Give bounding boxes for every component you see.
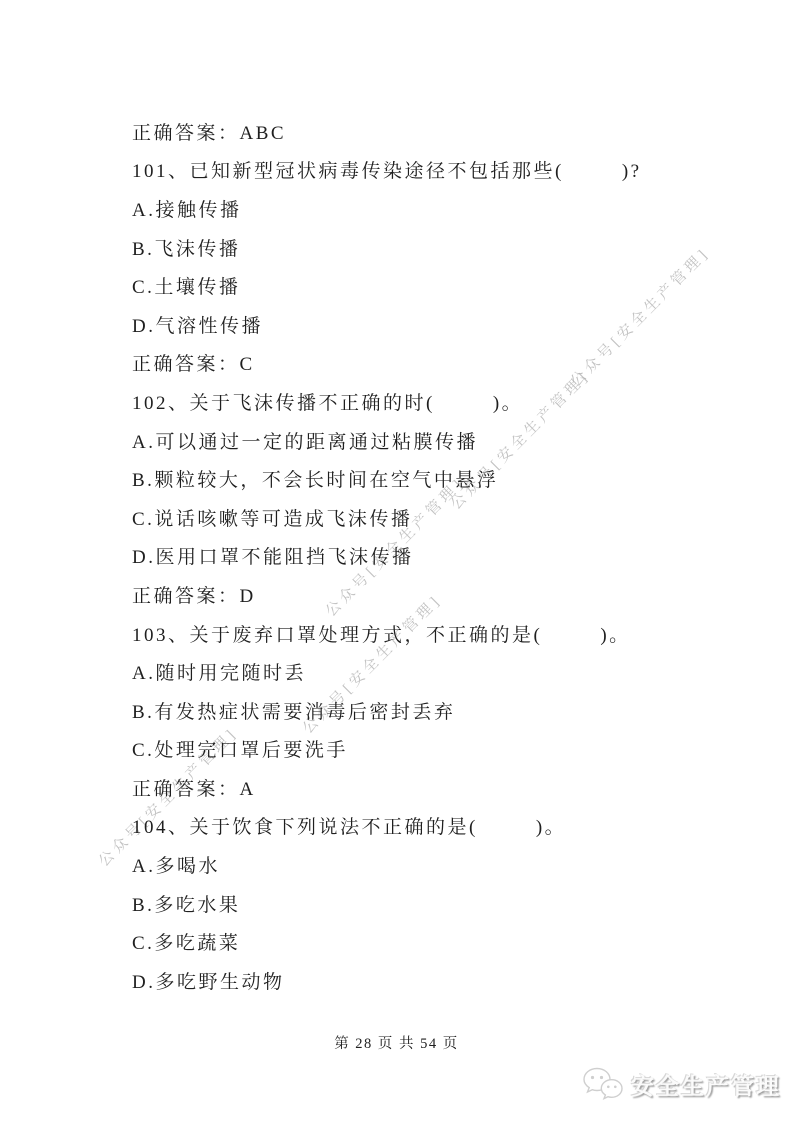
wechat-icon	[582, 1066, 624, 1102]
answer-line: 正确答案：ABC	[132, 112, 692, 151]
option-line: A.可以通过一定的距离通过粘膜传播	[132, 421, 692, 460]
question-stem: 103、关于废弃口罩处理方式，不正确的是( )。	[132, 614, 692, 653]
question-stem: 104、关于饮食下列说法不正确的是( )。	[132, 807, 692, 846]
option-line: A.多喝水	[132, 845, 692, 884]
document-page: 公众号[安全生产管理] 公众号[安全生产管理] 公众号[安全生产管理] 公众号[…	[0, 0, 793, 1122]
answer-line: 正确答案：C	[132, 344, 692, 383]
question-stem: 101、已知新型冠状病毒传染途径不包括那些( )?	[132, 151, 692, 190]
option-line: A.随时用完随时丢	[132, 652, 692, 691]
brand-logo: 安全生产管理	[582, 1066, 781, 1102]
question-list: 正确答案：ABC101、已知新型冠状病毒传染途径不包括那些( )?A.接触传播B…	[132, 112, 692, 1000]
brand-name: 安全生产管理	[631, 1068, 781, 1101]
page-footer: 第 28 页 共 54 页	[0, 1032, 793, 1053]
option-line: A.接触传播	[132, 189, 692, 228]
option-line: C.说话咳嗽等可造成飞沫传播	[132, 498, 692, 537]
option-line: B.飞沫传播	[132, 228, 692, 267]
answer-line: 正确答案：D	[132, 575, 692, 614]
option-line: C.多吃蔬菜	[132, 922, 692, 961]
option-line: B.颗粒较大，不会长时间在空气中悬浮	[132, 459, 692, 498]
answer-line: 正确答案：A	[132, 768, 692, 807]
option-line: D.气溶性传播	[132, 305, 692, 344]
option-line: D.医用口罩不能阻挡飞沫传播	[132, 537, 692, 576]
question-stem: 102、关于飞沫传播不正确的时( )。	[132, 382, 692, 421]
option-line: C.处理完口罩后要洗手	[132, 730, 692, 769]
option-line: C.土壤传播	[132, 266, 692, 305]
option-line: B.有发热症状需要消毒后密封丢弃	[132, 691, 692, 730]
option-line: D.多吃野生动物	[132, 961, 692, 1000]
page-number: 第 28 页 共 54 页	[334, 1036, 459, 1052]
option-line: B.多吃水果	[132, 884, 692, 923]
